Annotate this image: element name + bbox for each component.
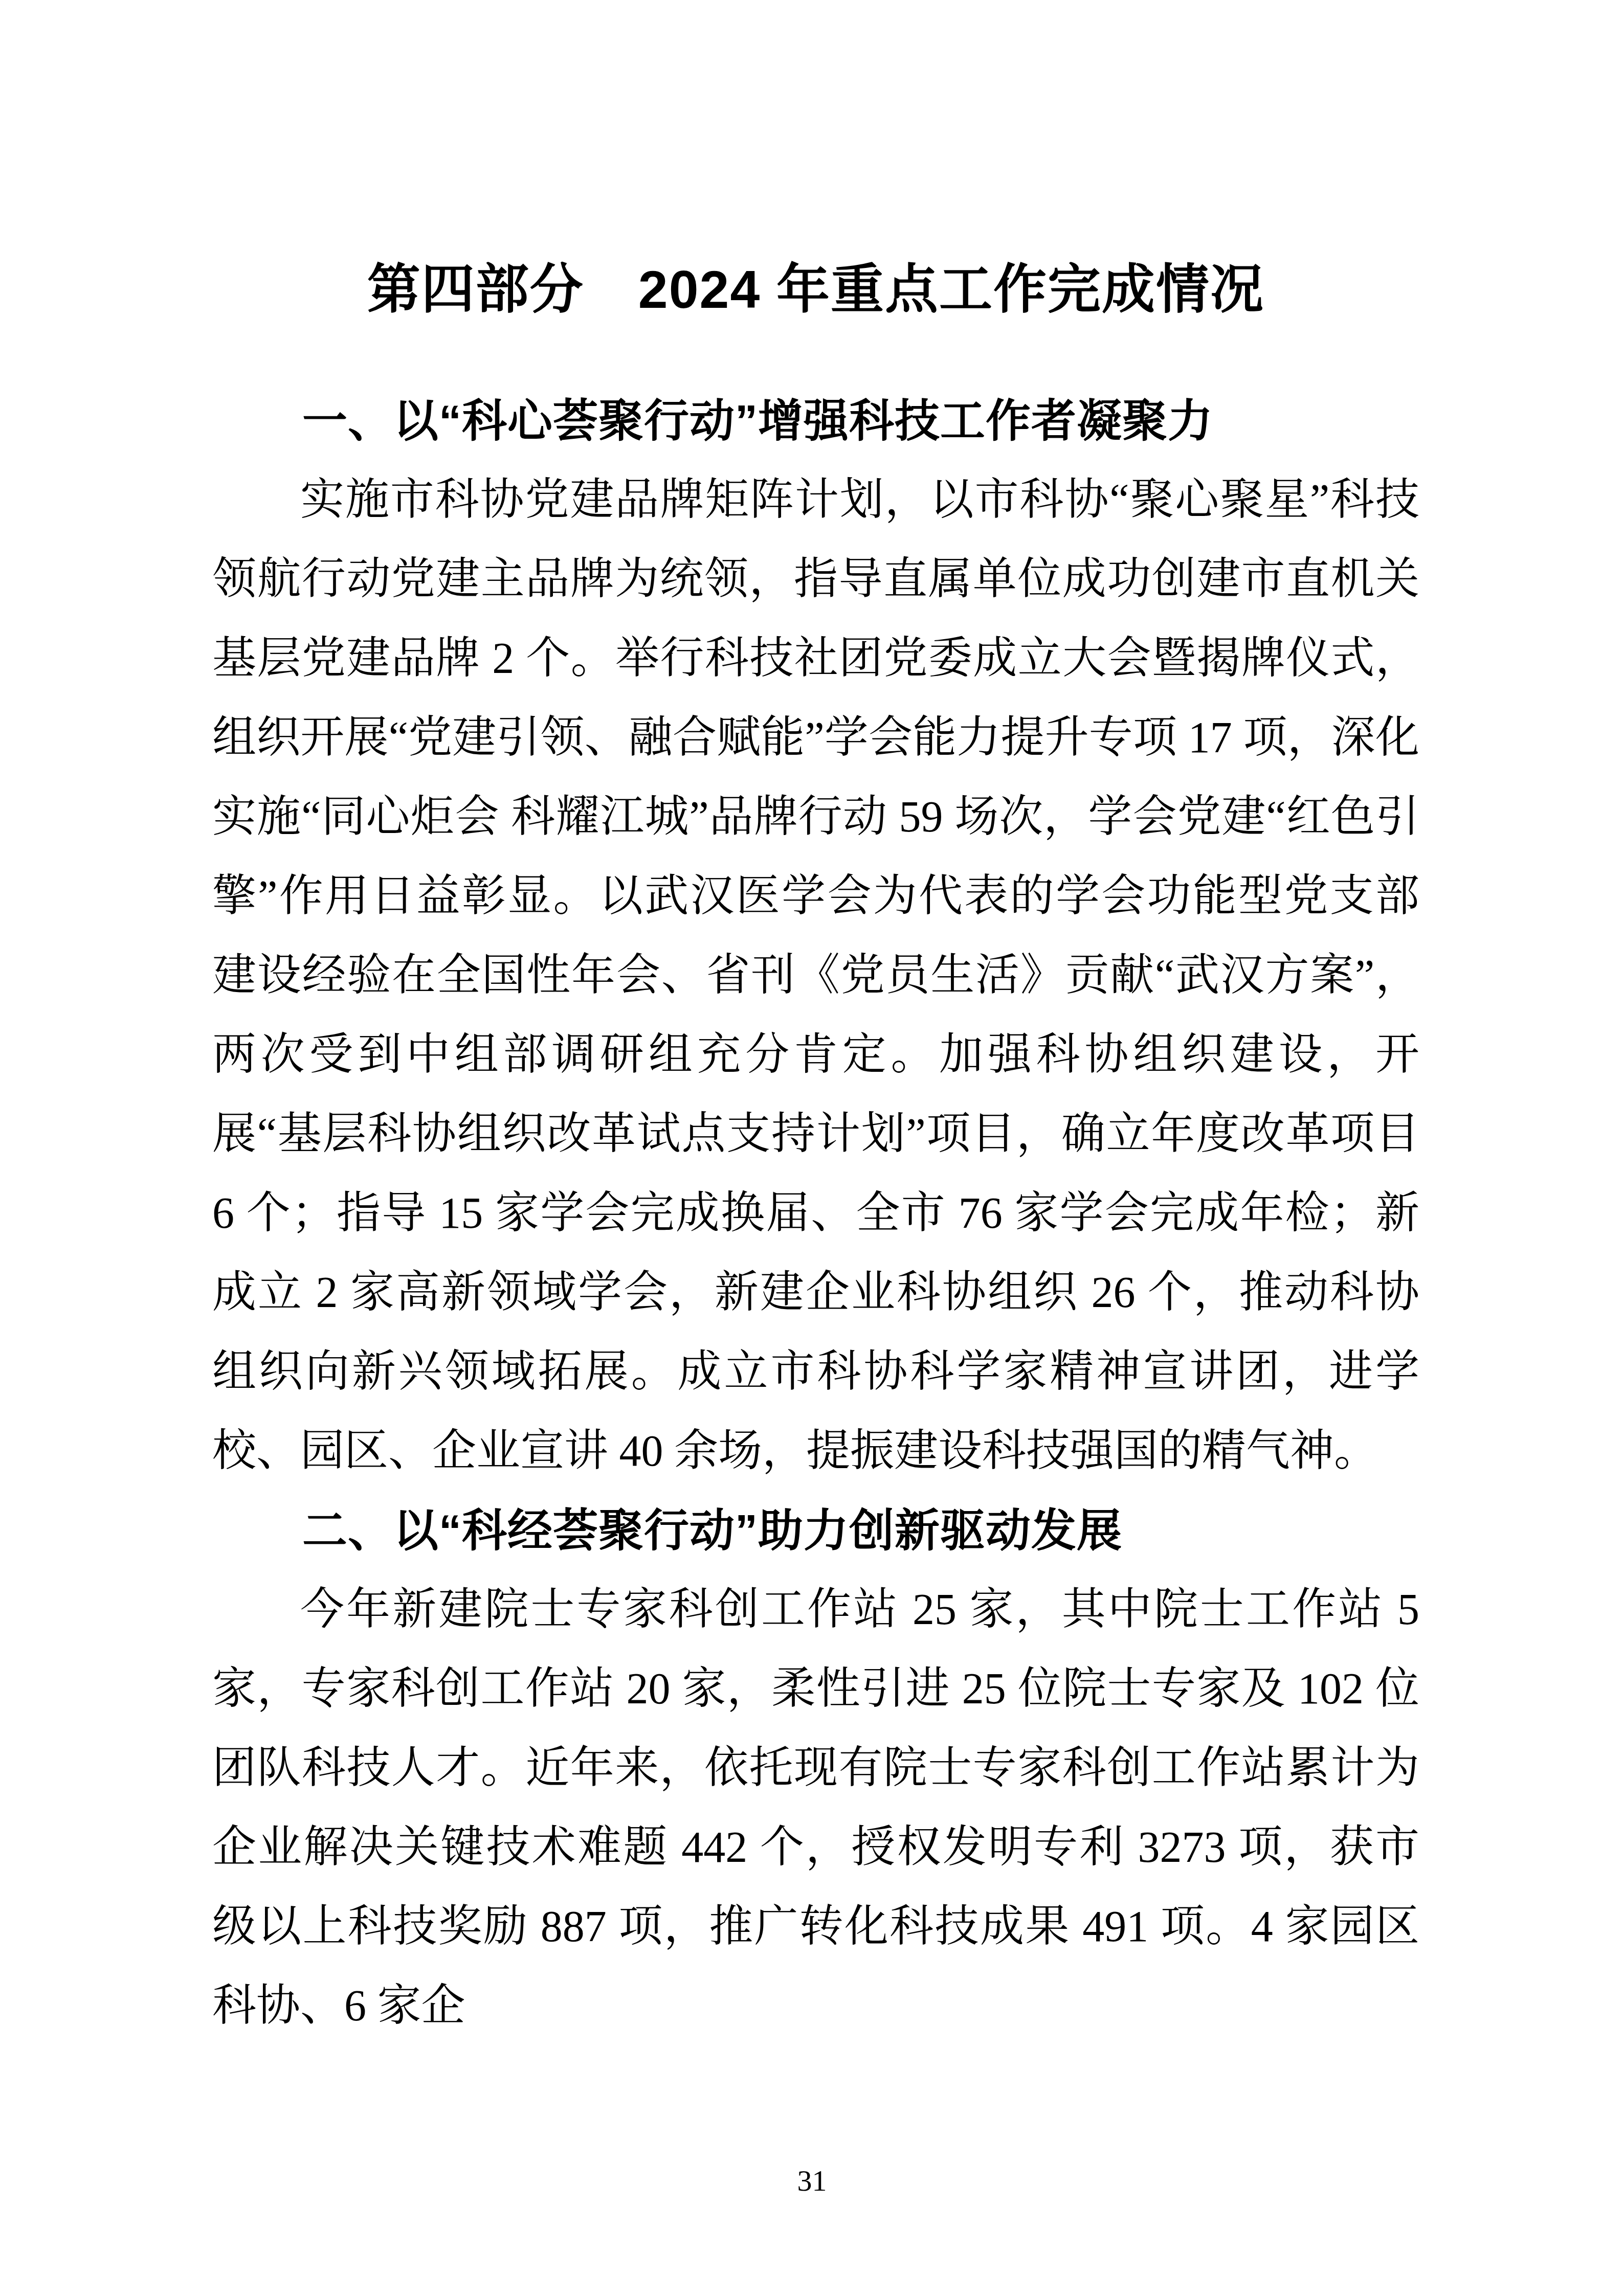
document-body: 第四部分 2024 年重点工作完成情况 一、以“科心荟聚行动”增强科技工作者凝聚… — [212, 258, 1419, 2045]
section-paragraph-2: 今年新建院士专家科创工作站 25 家，其中院士工作站 5 家，专家科创工作站 2… — [212, 1570, 1419, 2045]
document-page: 第四部分 2024 年重点工作完成情况 一、以“科心荟聚行动”增强科技工作者凝聚… — [0, 0, 1624, 2296]
section-heading-2: 二、以“科经荟聚行动”助力创新驱动发展 — [212, 1491, 1419, 1570]
page-title: 第四部分 2024 年重点工作完成情况 — [212, 258, 1419, 322]
section-paragraph-1: 实施市科协党建品牌矩阵计划，以市科协“聚心聚星”科技领航行动党建主品牌为统领，指… — [212, 460, 1419, 1491]
page-number: 31 — [0, 2163, 1624, 2199]
section-heading-1: 一、以“科心荟聚行动”增强科技工作者凝聚力 — [212, 381, 1419, 460]
